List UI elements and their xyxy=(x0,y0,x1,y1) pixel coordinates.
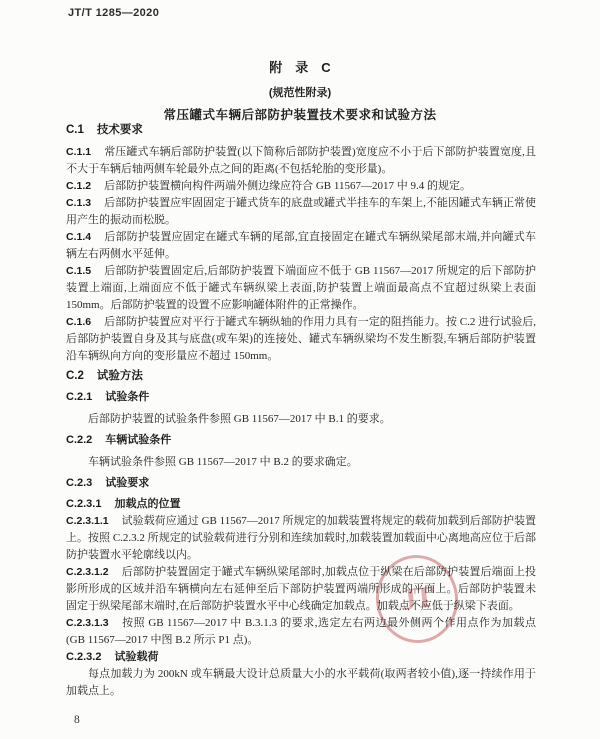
paragraph-text: 后部防护装置应牢固固定于罐式货车的底盘或罐式半挂车的车架上,不能因罐式车辆正常使… xyxy=(66,197,536,226)
heading-title: 技术要求 xyxy=(97,124,143,136)
paragraph-text: 试验载荷应通过 GB 11567—2017 所规定的加载装置将规定的载荷加载到后… xyxy=(66,515,536,561)
paragraph-text: 后部防护装置的试验条件参照 GB 11567—2017 中 B.1 的要求。 xyxy=(88,413,391,425)
section-heading-C.2.3.2: C.2.3.2试验载荷 xyxy=(66,650,536,665)
paragraph-text: 后部防护装置固定于罐式车辆纵梁尾部时,加载点位于纵梁在后部防护装置后端面上投影所… xyxy=(66,566,536,612)
paragraph-text: 后部防护装置应对平行于罐式车辆纵轴的作用力具有一定的阻挡能力。按 C.2 进行试… xyxy=(66,316,536,362)
clause-paragraph: C.1.6后部防护装置应对平行于罐式车辆纵轴的作用力具有一定的阻挡能力。按 C.… xyxy=(66,314,536,365)
clause-number: C.1.3 xyxy=(66,197,91,209)
section-heading-C.2.2: C.2.2车辆试验条件 xyxy=(66,433,536,448)
clause-number: C.2.3.1 xyxy=(66,498,101,510)
clause-paragraph: C.1.5后部防护装置固定后,后部防护装置下端面应不低于 GB 11567—20… xyxy=(66,263,536,314)
appendix-label: 附 录 C xyxy=(0,57,600,76)
clause-number: C.1 xyxy=(66,124,84,136)
clause-paragraph: C.2.3.1.3按照 GB 11567—2017 中 B.3.1.3 的要求,… xyxy=(66,615,536,649)
standard-number-header: JT/T 1285—2020 xyxy=(68,7,159,19)
body-paragraph: 后部防护装置的试验条件参照 GB 11567—2017 中 B.1 的要求。 xyxy=(66,411,536,428)
body-paragraph: 车辆试验条件参照 GB 11567—2017 中 B.2 的要求确定。 xyxy=(66,454,536,471)
document-body: C.1技术要求C.1.1常压罐式车辆后部防护装置(以下简称后部防护装置)宽度应不… xyxy=(66,119,536,700)
clause-number: C.2.1 xyxy=(66,391,92,403)
clause-paragraph: C.2.3.1.1试验载荷应通过 GB 11567—2017 所规定的加载装置将… xyxy=(66,513,536,564)
paragraph-text: 后部防护装置应固定在罐式车辆的尾部,宜直接固定在罐式车辆纵梁尾部末端,并向罐式车… xyxy=(66,231,536,260)
paragraph-text: 车辆试验条件参照 GB 11567—2017 中 B.2 的要求确定。 xyxy=(88,456,358,468)
appendix-type-note: (规范性附录) xyxy=(0,84,600,100)
clause-number: C.2.3.1.2 xyxy=(66,566,109,578)
clause-paragraph: C.1.1常压罐式车辆后部防护装置(以下简称后部防护装置)宽度应不小于后下部防护… xyxy=(66,144,536,178)
clause-number: C.2.3.1.1 xyxy=(66,515,109,527)
clause-number: C.1.4 xyxy=(66,231,91,243)
clause-number: C.2.2 xyxy=(66,434,92,446)
clause-number: C.1.1 xyxy=(66,146,91,158)
heading-title: 车辆试验条件 xyxy=(105,434,171,446)
heading-title: 加载点的位置 xyxy=(114,498,180,510)
section-heading-C.1: C.1技术要求 xyxy=(66,123,536,138)
clause-paragraph: C.1.2后部防护装置横向构件两端外侧边缘应符合 GB 11567—2017 中… xyxy=(66,178,536,195)
section-heading-C.2.3.1: C.2.3.1加载点的位置 xyxy=(66,497,536,512)
clause-paragraph: C.2.3.1.2后部防护装置固定于罐式车辆纵梁尾部时,加载点位于纵梁在后部防护… xyxy=(66,564,536,615)
clause-number: C.2.3.1.3 xyxy=(66,617,109,629)
paragraph-text: 按照 GB 11567—2017 中 B.3.1.3 的要求,选定左右两边最外侧… xyxy=(66,617,536,646)
clause-number: C.2.3.2 xyxy=(66,651,101,663)
clause-number: C.1.5 xyxy=(66,265,91,277)
heading-title: 试验要求 xyxy=(105,477,149,489)
paragraph-text: 常压罐式车辆后部防护装置(以下简称后部防护装置)宽度应不小于后下部防护装置宽度,… xyxy=(66,146,536,175)
paragraph-text: 后部防护装置固定后,后部防护装置下端面应不低于 GB 11567—2017 所规… xyxy=(66,265,536,311)
page-number: 8 xyxy=(74,714,80,726)
body-paragraph: 每点加载力为 200kN 或车辆最大设计总质量大小的水平载荷(取两者较小值),逐… xyxy=(66,666,536,700)
paragraph-text: 每点加载力为 200kN 或车辆最大设计总质量大小的水平载荷(取两者较小值),逐… xyxy=(66,668,536,697)
clause-number: C.1.2 xyxy=(66,180,91,192)
clause-number: C.1.6 xyxy=(66,316,91,328)
clause-number: C.2.3 xyxy=(66,477,92,489)
heading-title: 试验方法 xyxy=(97,370,143,382)
appendix-title-block: 附 录 C (规范性附录) 常压罐式车辆后部防护装置技术要求和试验方法 xyxy=(0,57,600,123)
clause-paragraph: C.1.3后部防护装置应牢固固定于罐式货车的底盘或罐式半挂车的车架上,不能因罐式… xyxy=(66,195,536,229)
document-page: JT/T 1285—2020 附 录 C (规范性附录) 常压罐式车辆后部防护装… xyxy=(0,0,600,739)
section-heading-C.2.1: C.2.1试验条件 xyxy=(66,390,536,405)
heading-title: 试验条件 xyxy=(105,391,149,403)
section-heading-C.2: C.2试验方法 xyxy=(66,369,536,384)
heading-title: 试验载荷 xyxy=(114,651,158,663)
paragraph-text: 后部防护装置横向构件两端外侧边缘应符合 GB 11567—2017 中 9.4 … xyxy=(104,180,471,192)
section-heading-C.2.3: C.2.3试验要求 xyxy=(66,476,536,491)
clause-paragraph: C.1.4后部防护装置应固定在罐式车辆的尾部,宜直接固定在罐式车辆纵梁尾部末端,… xyxy=(66,229,536,263)
clause-number: C.2 xyxy=(66,370,84,382)
